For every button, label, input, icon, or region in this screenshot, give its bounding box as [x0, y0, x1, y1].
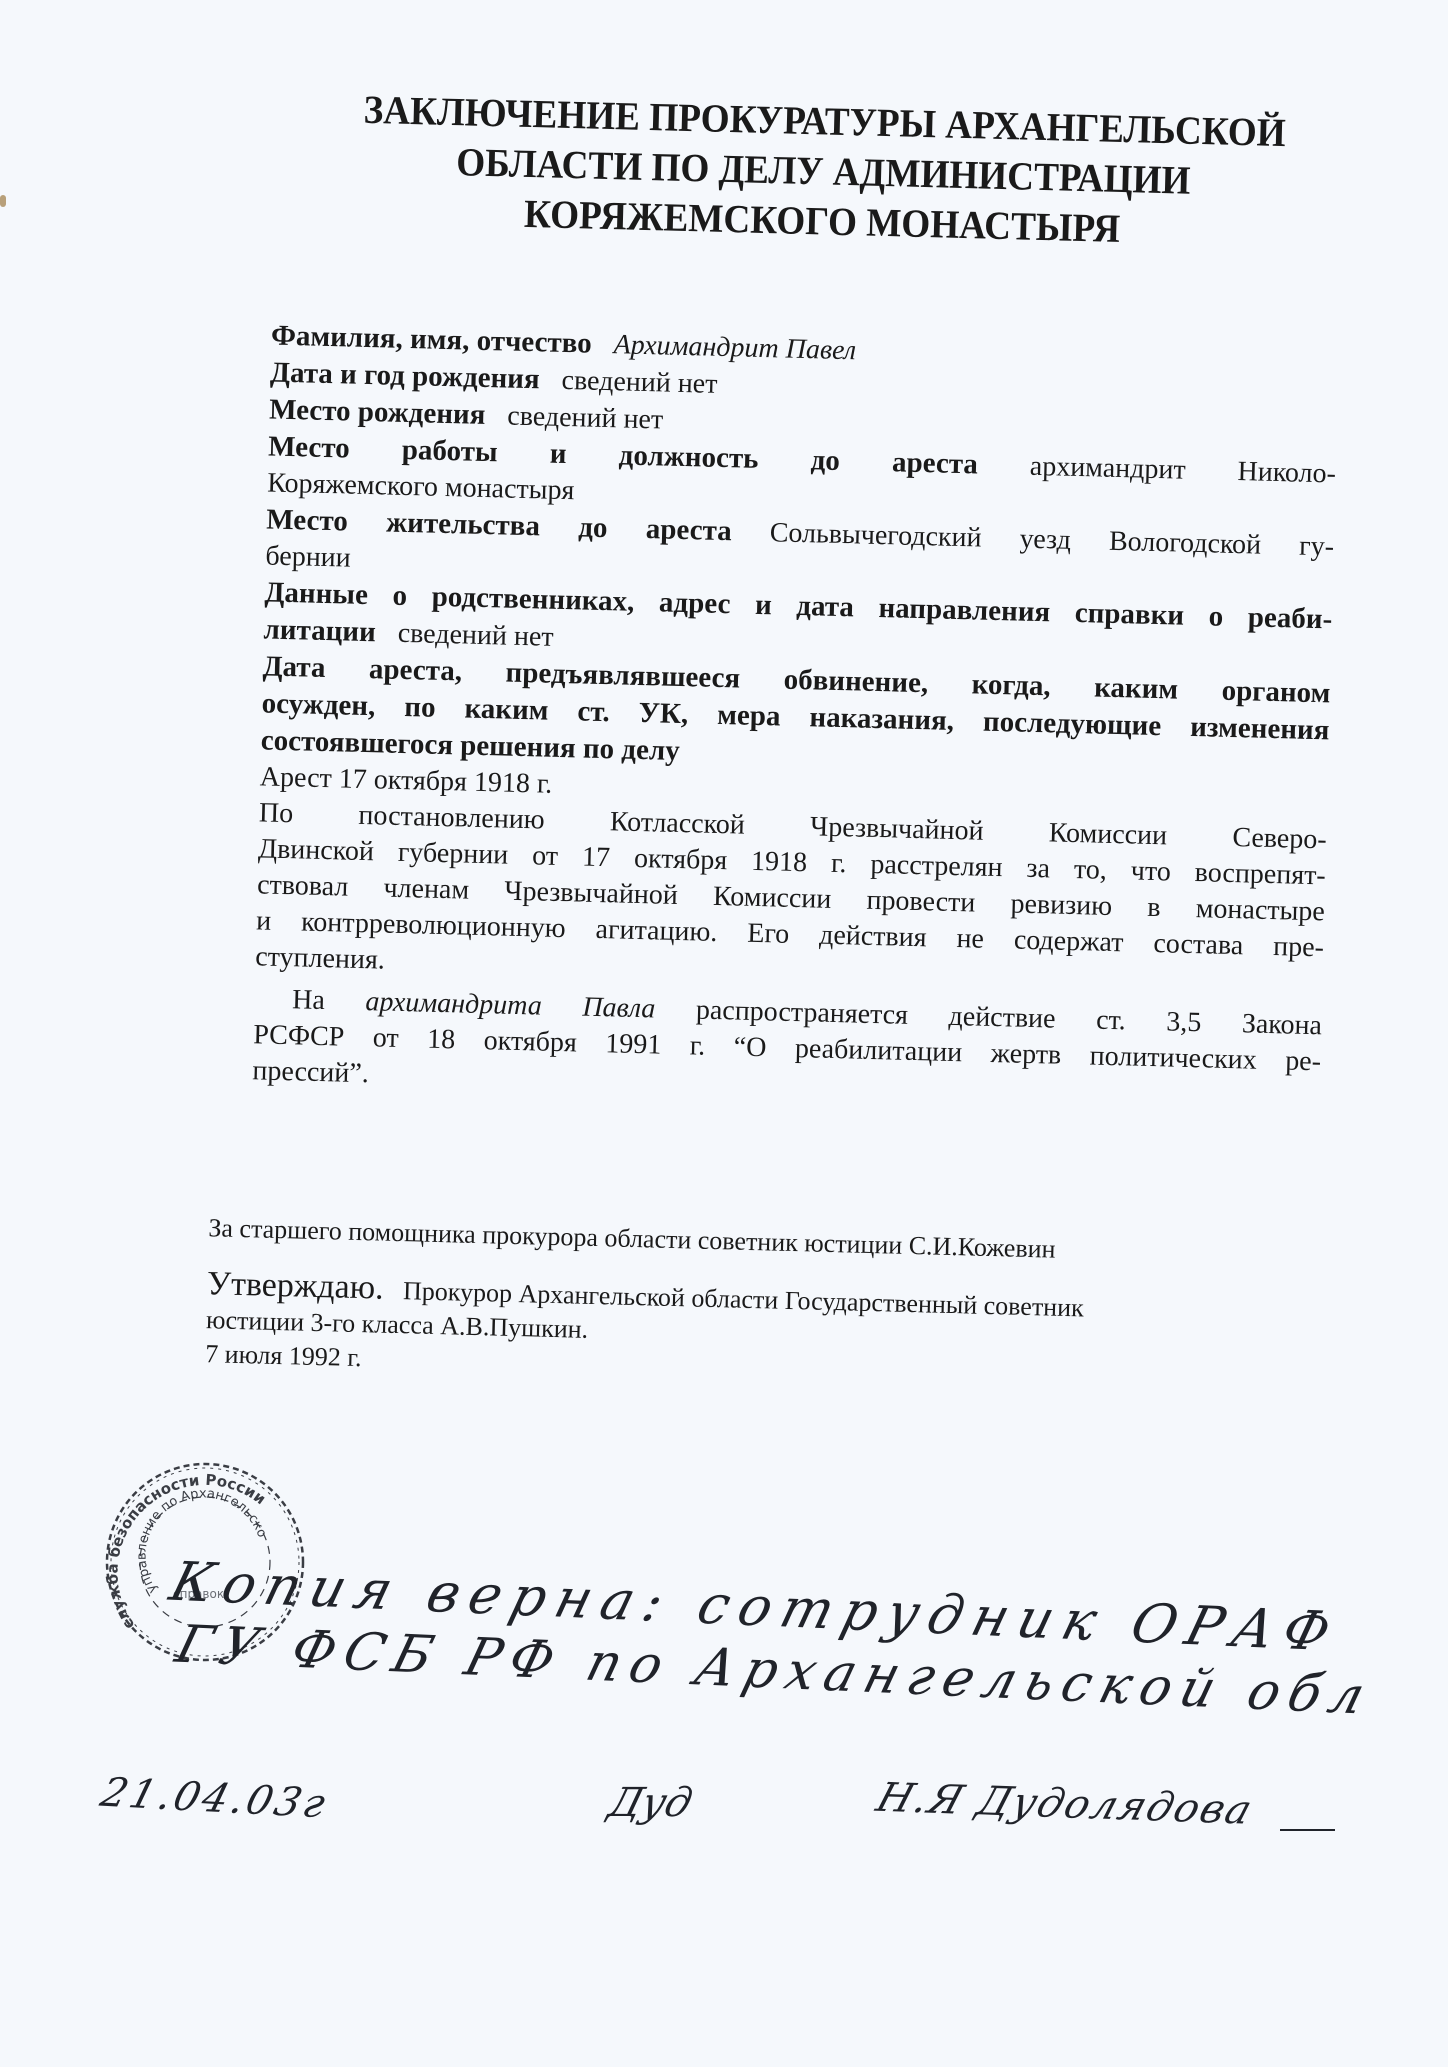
handwritten-name: Н.Я Дудолядова [871, 1775, 1259, 1834]
document-page: ЗАКЛЮЧЕНИЕ ПРОКУРАТУРЫ АРХАНГЕЛЬСКОЙ ОБЛ… [0, 0, 1448, 2067]
signature-underline [1280, 1829, 1335, 1831]
field-value: сведений нет [507, 401, 664, 436]
document-title: ЗАКЛЮЧЕНИЕ ПРОКУРАТУРЫ АРХАНГЕЛЬСКОЙ ОБЛ… [347, 84, 1299, 258]
field-value: архимандрит Николо- [1029, 451, 1336, 490]
rehabilitation-paragraph: На архимандрита Павла распространяется д… [252, 981, 1322, 1116]
field-value: Коряжемского монастыря [267, 467, 575, 506]
field-value: бернии [265, 540, 351, 573]
paper-speck [0, 195, 6, 207]
field-value: Архимандрит Павел [613, 329, 856, 366]
field-value: сведений нет [561, 365, 718, 400]
fields-section: Фамилия, имя, отчествоАрхимандрит Павел … [252, 318, 1339, 1117]
field-label: Место рождения [269, 393, 486, 430]
field-value: сведений нет [397, 618, 554, 653]
handwritten-signature: Дуд [604, 1780, 697, 1826]
field-label: Фамилия, имя, отчество [271, 320, 592, 360]
signoff-section: За старшего помощника прокурора области … [205, 1211, 1309, 1399]
field-label: Дата и год рождения [270, 357, 540, 396]
approve-word: Утверждаю. [207, 1265, 385, 1306]
verdict-paragraph: По постановлению Котласской Чрезвычайной… [255, 795, 1327, 1002]
rehab-name: архимандрита Павла [365, 986, 656, 1024]
printed-content: ЗАКЛЮЧЕНИЕ ПРОКУРАТУРЫ АРХАНГЕЛЬСКОЙ ОБЛ… [0, 0, 1448, 1467]
assistant-signature-line: За старшего помощника прокурора области … [208, 1211, 1309, 1273]
handwritten-date: 21.04.03г [96, 1770, 333, 1827]
rehab-prefix: На [292, 984, 366, 1017]
field-label: литации [263, 613, 376, 648]
